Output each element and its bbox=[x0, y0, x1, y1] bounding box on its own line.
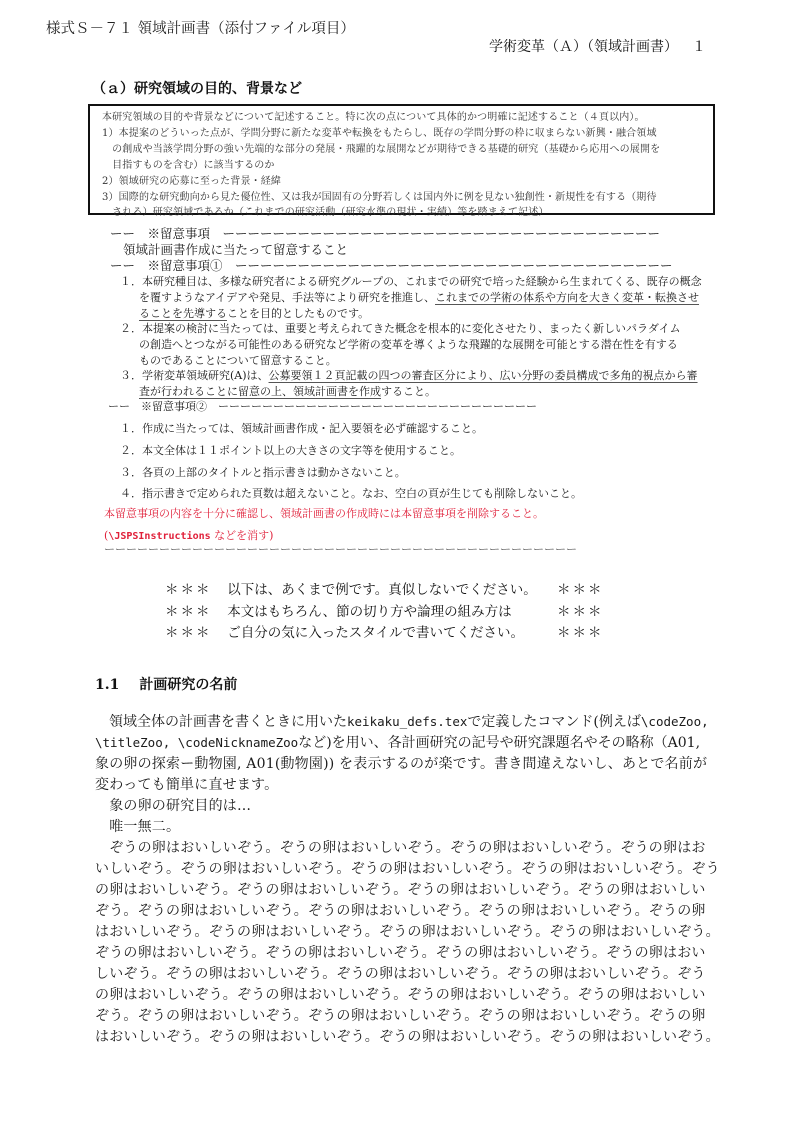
paragraph-line: 唯一無二。 bbox=[95, 816, 180, 836]
underlined-text: これまでの学術の体系や方向を大きく変革・転換させ bbox=[435, 291, 699, 304]
note1-item-1-line3: ることを先導することを目的としたものです。 bbox=[139, 305, 369, 321]
underlined-text: ることを先導する bbox=[139, 307, 227, 320]
paragraph-line: の卵はおいしいぞう。ぞうの卵はおいしいぞう。ぞうの卵はおいしいぞう。ぞうの卵はお… bbox=[95, 879, 706, 899]
instruction-line: 2）領域研究の応募に至った背景・経緯 bbox=[102, 172, 281, 187]
paragraph-line: の卵はおいしいぞう。ぞうの卵はおいしいぞう。ぞうの卵はおいしいぞう。ぞうの卵はお… bbox=[95, 984, 706, 1004]
asterisks: ＊＊＊ bbox=[165, 578, 213, 598]
note1-item-3-line1: ３．学術変革領域研究(A)は、公募要領１２頁記載の四つの審査区分により、広い分野… bbox=[120, 367, 698, 383]
paragraph-line: はおいしいぞう。ぞうの卵はおいしいぞう。ぞうの卵はおいしいぞう。ぞうの卵はおいし… bbox=[95, 921, 720, 941]
paragraph-line: 変わっても簡単に直せます。 bbox=[95, 774, 278, 794]
asterisks: ＊＊＊ bbox=[557, 600, 604, 620]
warning-text: ご自分の気に入ったスタイルで書いてください。 bbox=[227, 625, 524, 641]
section-title: 計画研究の名前 bbox=[139, 677, 237, 693]
filename: keikaku_defs.tex bbox=[347, 714, 467, 729]
removal-notice: 本留意事項の内容を十分に確認し、領域計画書の作成時には本留意事項を削除すること。 bbox=[104, 505, 544, 521]
section-1-1-heading: 1.1計画研究の名前 bbox=[95, 674, 237, 694]
note2-item: ２．本文全体は１１ポイント以上の大きさの文字等を使用すること。 bbox=[120, 442, 461, 458]
latex-command: \titleZoo, \codeNicknameZoo bbox=[95, 735, 298, 750]
note2-header-rule: ーー ※留意事項② ーーーーーーーーーーーーーーーーーーーーーーーーーーーーー bbox=[108, 398, 537, 414]
instruction-line: 3）国際的な研究動向から見た優位性、又は我が国固有の分野若しくは国内外に例を見な… bbox=[102, 188, 657, 203]
paragraph-line: ぞうの卵はおいしいぞう。ぞうの卵はおいしいぞう。ぞうの卵はおいしいぞう。ぞうの卵… bbox=[95, 837, 706, 857]
page-number: １ bbox=[692, 39, 706, 55]
instruction-line: 1）本提案のどういった点が、学問分野に新たな変革や転換をもたらし、既存の学問分野… bbox=[102, 124, 657, 139]
paragraph-line: \titleZoo, \codeNicknameZooなど)を用い、各計画研究の… bbox=[95, 732, 700, 752]
note1-item-2-line1: ２．本提案の検討に当たっては、重要と考えられてきた概念を根本的に変化させたり、ま… bbox=[120, 320, 681, 336]
note1-item-1-line2: を覆すようなアイデアや発見、手法等により研究を推進し、これまでの学術の体系や方向… bbox=[139, 289, 699, 305]
warning-line: ＊＊＊ ご自分の気に入ったスタイルで書いてください。 ＊＊＊ bbox=[165, 621, 524, 641]
paragraph-line: はおいしいぞう。ぞうの卵はおいしいぞう。ぞうの卵はおいしいぞう。ぞうの卵はおいし… bbox=[95, 1026, 720, 1046]
text: 領域全体の計画書を書くときに用いた bbox=[95, 714, 347, 730]
underlined-text: 公募要領１２頁記載の四つの審査区分により、広い分野の委員構成で多角的視点から審 bbox=[269, 369, 698, 382]
note1-item-1-line1: １．本研究種目は、多様な研究者による研究グループの、これまでの研究で培った経験か… bbox=[120, 273, 702, 289]
note1-header-rule: ーー ※留意事項① ーーーーーーーーーーーーーーーーーーーーーーーーーーーーーー… bbox=[110, 256, 673, 274]
warning-line: ＊＊＊ 本文はもちろん、節の切り方や論理の組み方は ＊＊＊ bbox=[165, 600, 512, 620]
paragraph-line: ぞう。ぞうの卵はおいしいぞう。ぞうの卵はおいしいぞう。ぞうの卵はおいしいぞう。ぞ… bbox=[95, 900, 706, 920]
note1-item-2-line2: の創造へとつながる可能性のある研究など学術の変革を導くような飛躍的な展開を可能と… bbox=[139, 336, 678, 352]
latex-command: \codeZoo, bbox=[641, 714, 709, 729]
asterisks: ＊＊＊ bbox=[165, 600, 213, 620]
document-type: 学術変革（Ａ）（領域計画書） bbox=[489, 39, 678, 55]
text: で定義したコマンド(例えば bbox=[467, 714, 640, 730]
text: すること。 bbox=[381, 385, 436, 398]
warning-line: ＊＊＊ 以下は、あくまで例です。真似しないでください。 ＊＊＊ bbox=[165, 578, 537, 598]
notes-closing-rule: ーーーーーーーーーーーーーーーーーーーーーーーーーーーーーーーーーーーーーーーー… bbox=[104, 541, 577, 557]
instruction-line: の創成や当該学問分野の強い先端的な部分の発展・飛躍的な展開などが期待できる基礎的… bbox=[102, 140, 660, 155]
asterisks: ＊＊＊ bbox=[165, 621, 213, 641]
asterisks: ＊＊＊ bbox=[557, 578, 604, 598]
section-number: 1.1 bbox=[95, 677, 119, 693]
paragraph-line: 象の卵の研究目的は… bbox=[95, 795, 251, 815]
instruction-line: 目指すものを含む）に該当するのか bbox=[102, 156, 275, 171]
paragraph-line: しいぞう。ぞうの卵はおいしいぞう。ぞうの卵はおいしいぞう。ぞうの卵はおいしいぞう… bbox=[95, 963, 706, 983]
note2-item: ４．指示書きで定められた頁数は超えないこと。なお、空白の頁が生じても削除しないこ… bbox=[120, 485, 582, 501]
paragraph-line: いしいぞう。ぞうの卵はおいしいぞう。ぞうの卵はおいしいぞう。ぞうの卵はおいしいぞ… bbox=[95, 858, 720, 878]
warning-text: 本文はもちろん、節の切り方や論理の組み方は bbox=[227, 604, 511, 620]
text: を覆すようなアイデアや発見、手法等により研究を推進し、 bbox=[139, 291, 435, 304]
underlined-text: 査が行われることに留意の上、領域計画書を作成 bbox=[139, 385, 381, 398]
note1-item-3-line2: 査が行われることに留意の上、領域計画書を作成すること。 bbox=[139, 383, 436, 399]
paragraph-line: 象の卵の探索ー動物園, A01(動物園)) を表示するのが楽です。書き間違えない… bbox=[95, 753, 707, 773]
paragraph-line: ぞう。ぞうの卵はおいしいぞう。ぞうの卵はおいしいぞう。ぞうの卵はおいしいぞう。ぞ… bbox=[95, 1005, 706, 1025]
instruction-box: 本研究領域の目的や背景などについて記述すること。特に次の点について具体的かつ明確… bbox=[88, 104, 715, 215]
form-identifier: 様式Ｓ－７１ 領域計画書（添付ファイル項目） bbox=[46, 17, 355, 38]
note1-item-2-line3: ものであることについて留意すること。 bbox=[139, 352, 337, 368]
section-a-title: （ａ）研究領域の目的、背景など bbox=[92, 78, 302, 98]
paragraph-line: ぞうの卵はおいしいぞう。ぞうの卵はおいしいぞう。ぞうの卵はおいしいぞう。ぞうの卵… bbox=[95, 942, 706, 962]
asterisks: ＊＊＊ bbox=[557, 621, 604, 641]
note2-item: ３．各頁の上部のタイトルと指示書きは動かさないこと。 bbox=[120, 464, 406, 480]
instruction-line: される）研究領域であるか（これまでの研究活動（研究水準の現状・実績）等を踏まえて… bbox=[102, 203, 549, 218]
text: など)を用い、各計画研究の記号や研究課題名やその略称（A01, bbox=[298, 735, 700, 751]
text: ３．学術変革領域研究(A)は、 bbox=[120, 369, 269, 382]
warning-text: 以下は、あくまで例です。真似しないでください。 bbox=[227, 582, 536, 598]
text: ことを目的としたものです。 bbox=[227, 307, 369, 320]
paragraph-line: 領域全体の計画書を書くときに用いたkeikaku_defs.texで定義したコマ… bbox=[95, 711, 709, 731]
note2-item: １．作成に当たっては、領域計画書作成・記入要領を必ず確認すること。 bbox=[120, 420, 483, 436]
instruction-line: 本研究領域の目的や背景などについて記述すること。特に次の点について具体的かつ明確… bbox=[102, 108, 645, 123]
document-type-header: 学術変革（Ａ）（領域計画書）１ bbox=[489, 36, 706, 56]
